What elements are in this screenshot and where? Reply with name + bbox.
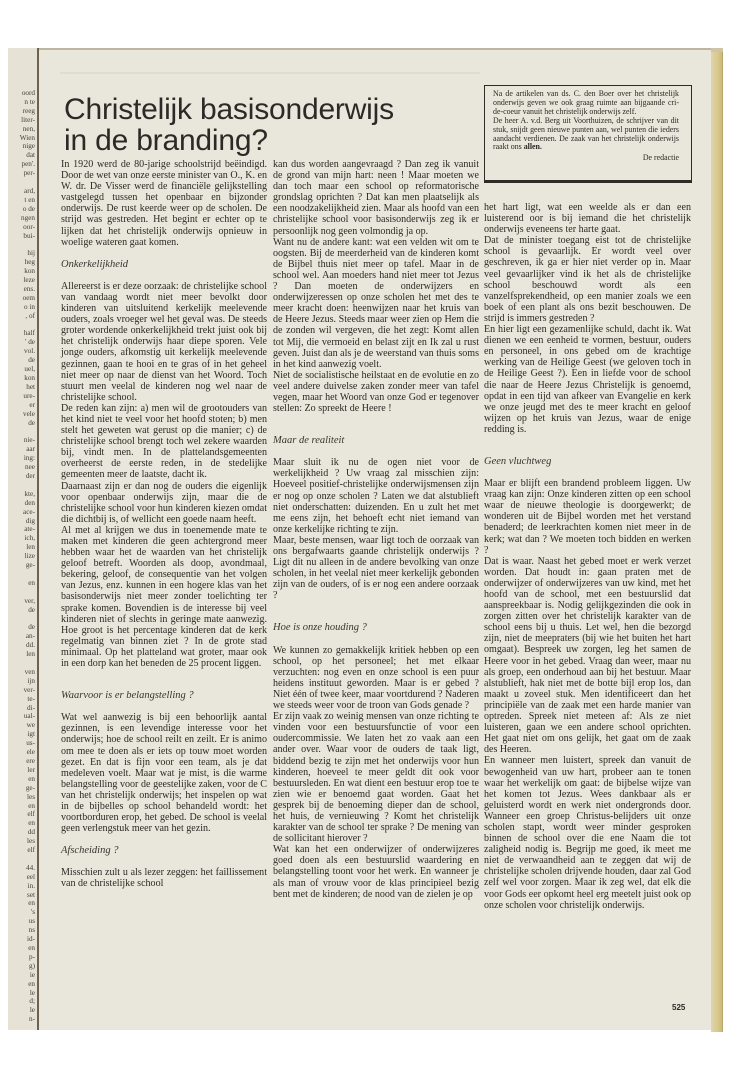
editor-note-body: De heer A. v.d. Berg uit Voorthuizen, de… [493, 116, 679, 152]
paragraph: Want nu de andere kant: wat een velden w… [273, 237, 479, 370]
paragraph: het hart ligt, wat een weelde als er dan… [484, 202, 691, 235]
editor-note-text: Na de artikelen van ds. C. den Boer over… [493, 90, 679, 163]
page-stack-edge [711, 50, 723, 1032]
editor-note-paragraph: Na de artikelen van ds. C. den Boer over… [493, 90, 679, 117]
paragraph: kan dus worden aangevraagd ? Dan zeg ik … [273, 159, 479, 237]
paragraph: En wanneer men luistert, spreek dan vanu… [484, 755, 691, 910]
paragraph: Dat de minister toegang eist tot de chri… [484, 235, 691, 324]
paragraph: Wat kan het een onderwijzer of onderwijz… [273, 844, 479, 899]
page-number: 525 [672, 1003, 685, 1012]
editor-signature: De redactie [493, 154, 679, 163]
paragraph: En hier ligt een gezamenlijke schuld, da… [484, 324, 691, 435]
paragraph: Niet de socialistische heilstaat en de e… [273, 370, 479, 414]
article-column-3: het hart ligt, wat een weelde als er dan… [484, 202, 691, 911]
article-column-1: In 1920 werd de 80-jarige schoolstrijd b… [61, 159, 267, 890]
paragraph: Maar, beste mensen, waar ligt toch de oo… [273, 535, 479, 602]
section-heading-vluchtweg: Geen vluchtweg [484, 456, 691, 467]
previous-page-text-fragments: oord n te reeg liter- nen, Wien nige dat… [8, 48, 38, 1030]
paragraph: Wat wel aanwezig is bij een behoorlijk a… [61, 712, 267, 834]
section-heading-belangstelling: Waarvoor is er belangstelling ? [61, 690, 267, 701]
paragraph: Allereerst is er deze oorzaak: de christ… [61, 281, 267, 403]
article-column-2: kan dus worden aangevraagd ? Dan zeg ik … [273, 159, 479, 900]
title-line-2: in de branding? [64, 124, 268, 157]
paragraph: We kunnen zo gemakkelijk kritiek hebben … [273, 645, 479, 712]
section-heading-afscheiding: Afscheiding ? [61, 845, 267, 856]
paragraph: Misschien zult u als lezer zeggen: het f… [61, 867, 267, 889]
editor-note-emphasis: allen. [524, 142, 542, 151]
intro-paragraph: In 1920 werd de 80-jarige schoolstrijd b… [61, 159, 267, 248]
paragraph: Dat is waar. Naast het gebed moet er wer… [484, 556, 691, 756]
paragraph: Daarnaast zijn er dan nog de ouders die … [61, 481, 267, 525]
section-heading-onkerkelijkheid: Onkerkelijkheid [61, 259, 267, 270]
previous-page-edge: oord n te reeg liter- nen, Wien nige dat… [8, 48, 38, 1030]
section-heading-houding: Hoe is onze houding ? [273, 622, 479, 633]
paragraph: Maar sluit ik nu de ogen niet voor de we… [273, 457, 479, 535]
title-line-1: Christelijk basisonderwijs [64, 93, 394, 126]
paragraph: Maar er blijft een brandend probleem lig… [484, 478, 691, 556]
paragraph: Er zijn vaak zo weinig mensen van onze r… [273, 711, 479, 844]
paragraph: De reden kan zijn: a) men wil de grootou… [61, 403, 267, 481]
editor-note-paragraph: De heer A. v.d. Berg uit Voorthuizen, de… [493, 117, 679, 153]
section-heading-realiteit: Maar de realiteit [273, 435, 479, 446]
show-through-text [60, 72, 480, 74]
article-title: Christelijk basisonderwijs in de brandin… [64, 94, 484, 156]
editor-note-box: Na de artikelen van ds. C. den Boer over… [484, 85, 692, 181]
paragraph: Al met al krijgen we dus in toenemende m… [61, 525, 267, 669]
